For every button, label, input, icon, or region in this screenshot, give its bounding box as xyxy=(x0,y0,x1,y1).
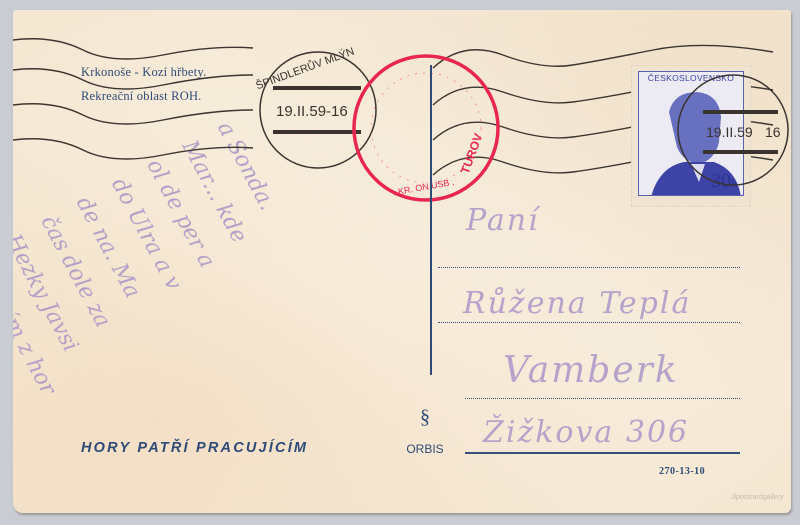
address-street: Žižkova 306 xyxy=(483,415,689,450)
publisher-name: ORBIS xyxy=(395,442,455,456)
print-code: 270-13-10 xyxy=(659,466,705,477)
postcard: Krkonoše - Kozí hřbety. Rekreační oblast… xyxy=(13,10,791,513)
stamp-postmark-date: 19.II.59 xyxy=(706,124,753,140)
orbis-logo-icon: § xyxy=(395,406,455,428)
watermark: Jipostcardgallery xyxy=(731,494,784,501)
address-line-3 xyxy=(465,398,740,399)
address-line-1 xyxy=(438,267,740,268)
address-name: Růžena Teplá xyxy=(463,286,691,321)
address-line-2 xyxy=(438,322,740,323)
address-town: Vamberk xyxy=(503,350,679,391)
slogan: HORY PATŘÍ PRACUJÍCÍM xyxy=(81,440,308,456)
address-line-4 xyxy=(465,452,740,454)
publisher: § ORBIS xyxy=(395,406,455,456)
stamp-postmark-hour: 16 xyxy=(765,124,781,140)
address-salutation: Paní xyxy=(466,203,540,238)
